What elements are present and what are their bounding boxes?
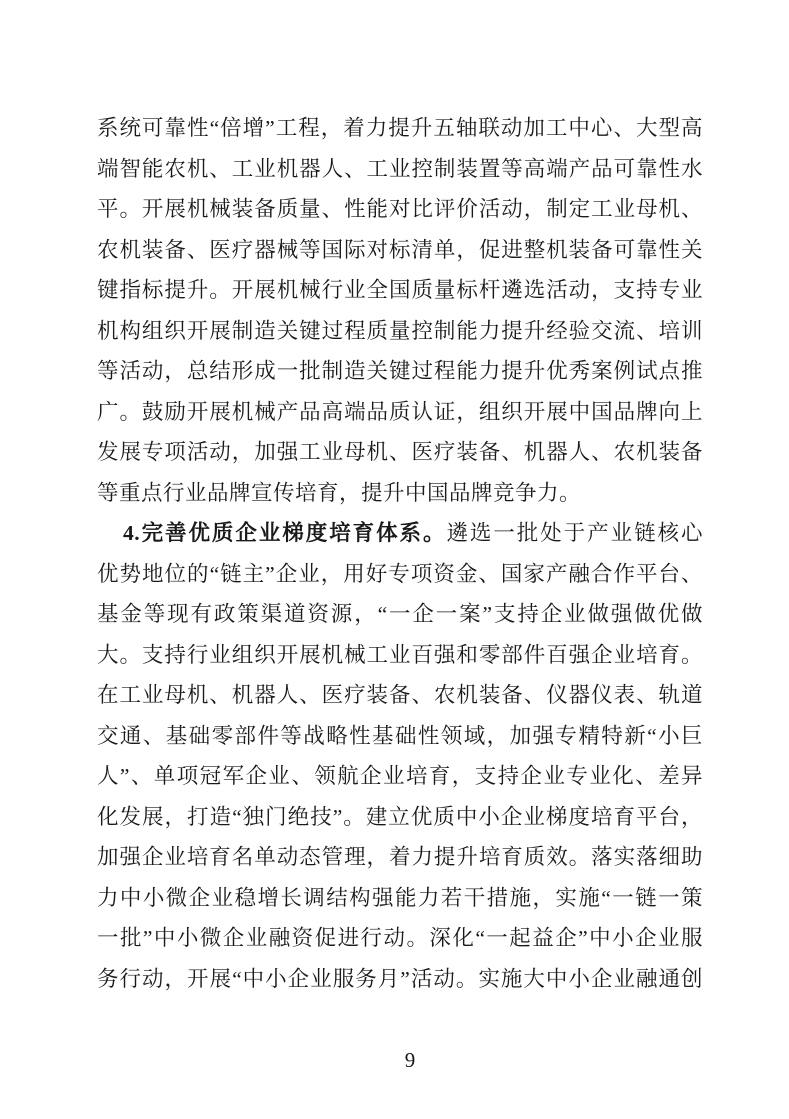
text-line-4: 农机装备、医疗器械等国际对标清单，促进整机装备可靠性关 xyxy=(97,230,703,271)
text-line-2: 端智能农机、工业机器人、工业控制装置等高端产品可靠性水 xyxy=(97,149,703,190)
text-line-8: 广。鼓励开展机械产品高端品质认证，组织开展中国品牌向上 xyxy=(97,392,703,433)
text-line-10: 等重点行业品牌宣传培育，提升中国品牌竞争力。 xyxy=(97,473,703,514)
text-line-3: 平。开展机械装备质量、性能对比评价活动，制定工业母机、 xyxy=(97,189,703,230)
text-line-19: 加强企业培育名单动态管理，着力提升培育质效。落实落细助 xyxy=(97,837,703,878)
text-line-18: 化发展，打造“独门绝技”。建立优质中小企业梯度培育平台， xyxy=(97,797,703,838)
text-line-7: 等活动，总结形成一批制造关键过程能力提升优秀案例试点推 xyxy=(97,351,703,392)
text-line-6: 机构组织开展制造关键过程质量控制能力提升经验交流、培训 xyxy=(97,311,703,352)
text-line-22: 务行动，开展“中小企业服务月”活动。实施大中小企业融通创 xyxy=(97,959,703,1000)
body-text: 系统可靠性“倍增”工程，着力提升五轴联动加工中心、大型高端智能农机、工业机器人、… xyxy=(97,108,703,999)
text-line-5: 键指标提升。开展机械行业全国质量标杆遴选活动，支持专业 xyxy=(97,270,703,311)
text-line-9: 发展专项活动，加强工业母机、医疗装备、机器人、农机装备 xyxy=(97,432,703,473)
document-page: 系统可靠性“倍增”工程，着力提升五轴联动加工中心、大型高端智能农机、工业机器人、… xyxy=(0,0,789,1119)
text-line-13: 基金等现有政策渠道资源，“一企一案”支持企业做强做优做 xyxy=(97,594,703,635)
text-line-14: 大。支持行业组织开展机械工业百强和零部件百强企业培育。 xyxy=(97,635,703,676)
section-heading: 4.完善优质企业梯度培育体系。 xyxy=(123,521,446,545)
text-line-1: 系统可靠性“倍增”工程，着力提升五轴联动加工中心、大型高 xyxy=(97,108,703,149)
text-line-20: 力中小微企业稳增长调结构强能力若干措施，实施“一链一策 xyxy=(97,878,703,919)
text-line-21: 一批”中小微企业融资促进行动。深化“一起益企”中小企业服 xyxy=(97,918,703,959)
text-line-15: 在工业母机、机器人、医疗装备、农机装备、仪器仪表、轨道 xyxy=(97,675,703,716)
text-line-16: 交通、基础零部件等战略性基础性领域，加强专精特新“小巨 xyxy=(97,716,703,757)
text-line-17: 人”、单项冠军企业、领航企业培育，支持企业专业化、差异 xyxy=(97,756,703,797)
text-line-11: 4.完善优质企业梯度培育体系。遴选一批处于产业链核心 xyxy=(97,513,703,554)
text-line-12: 优势地位的“链主”企业，用好专项资金、国家产融合作平台、 xyxy=(97,554,703,595)
page-number: 9 xyxy=(97,1048,723,1073)
